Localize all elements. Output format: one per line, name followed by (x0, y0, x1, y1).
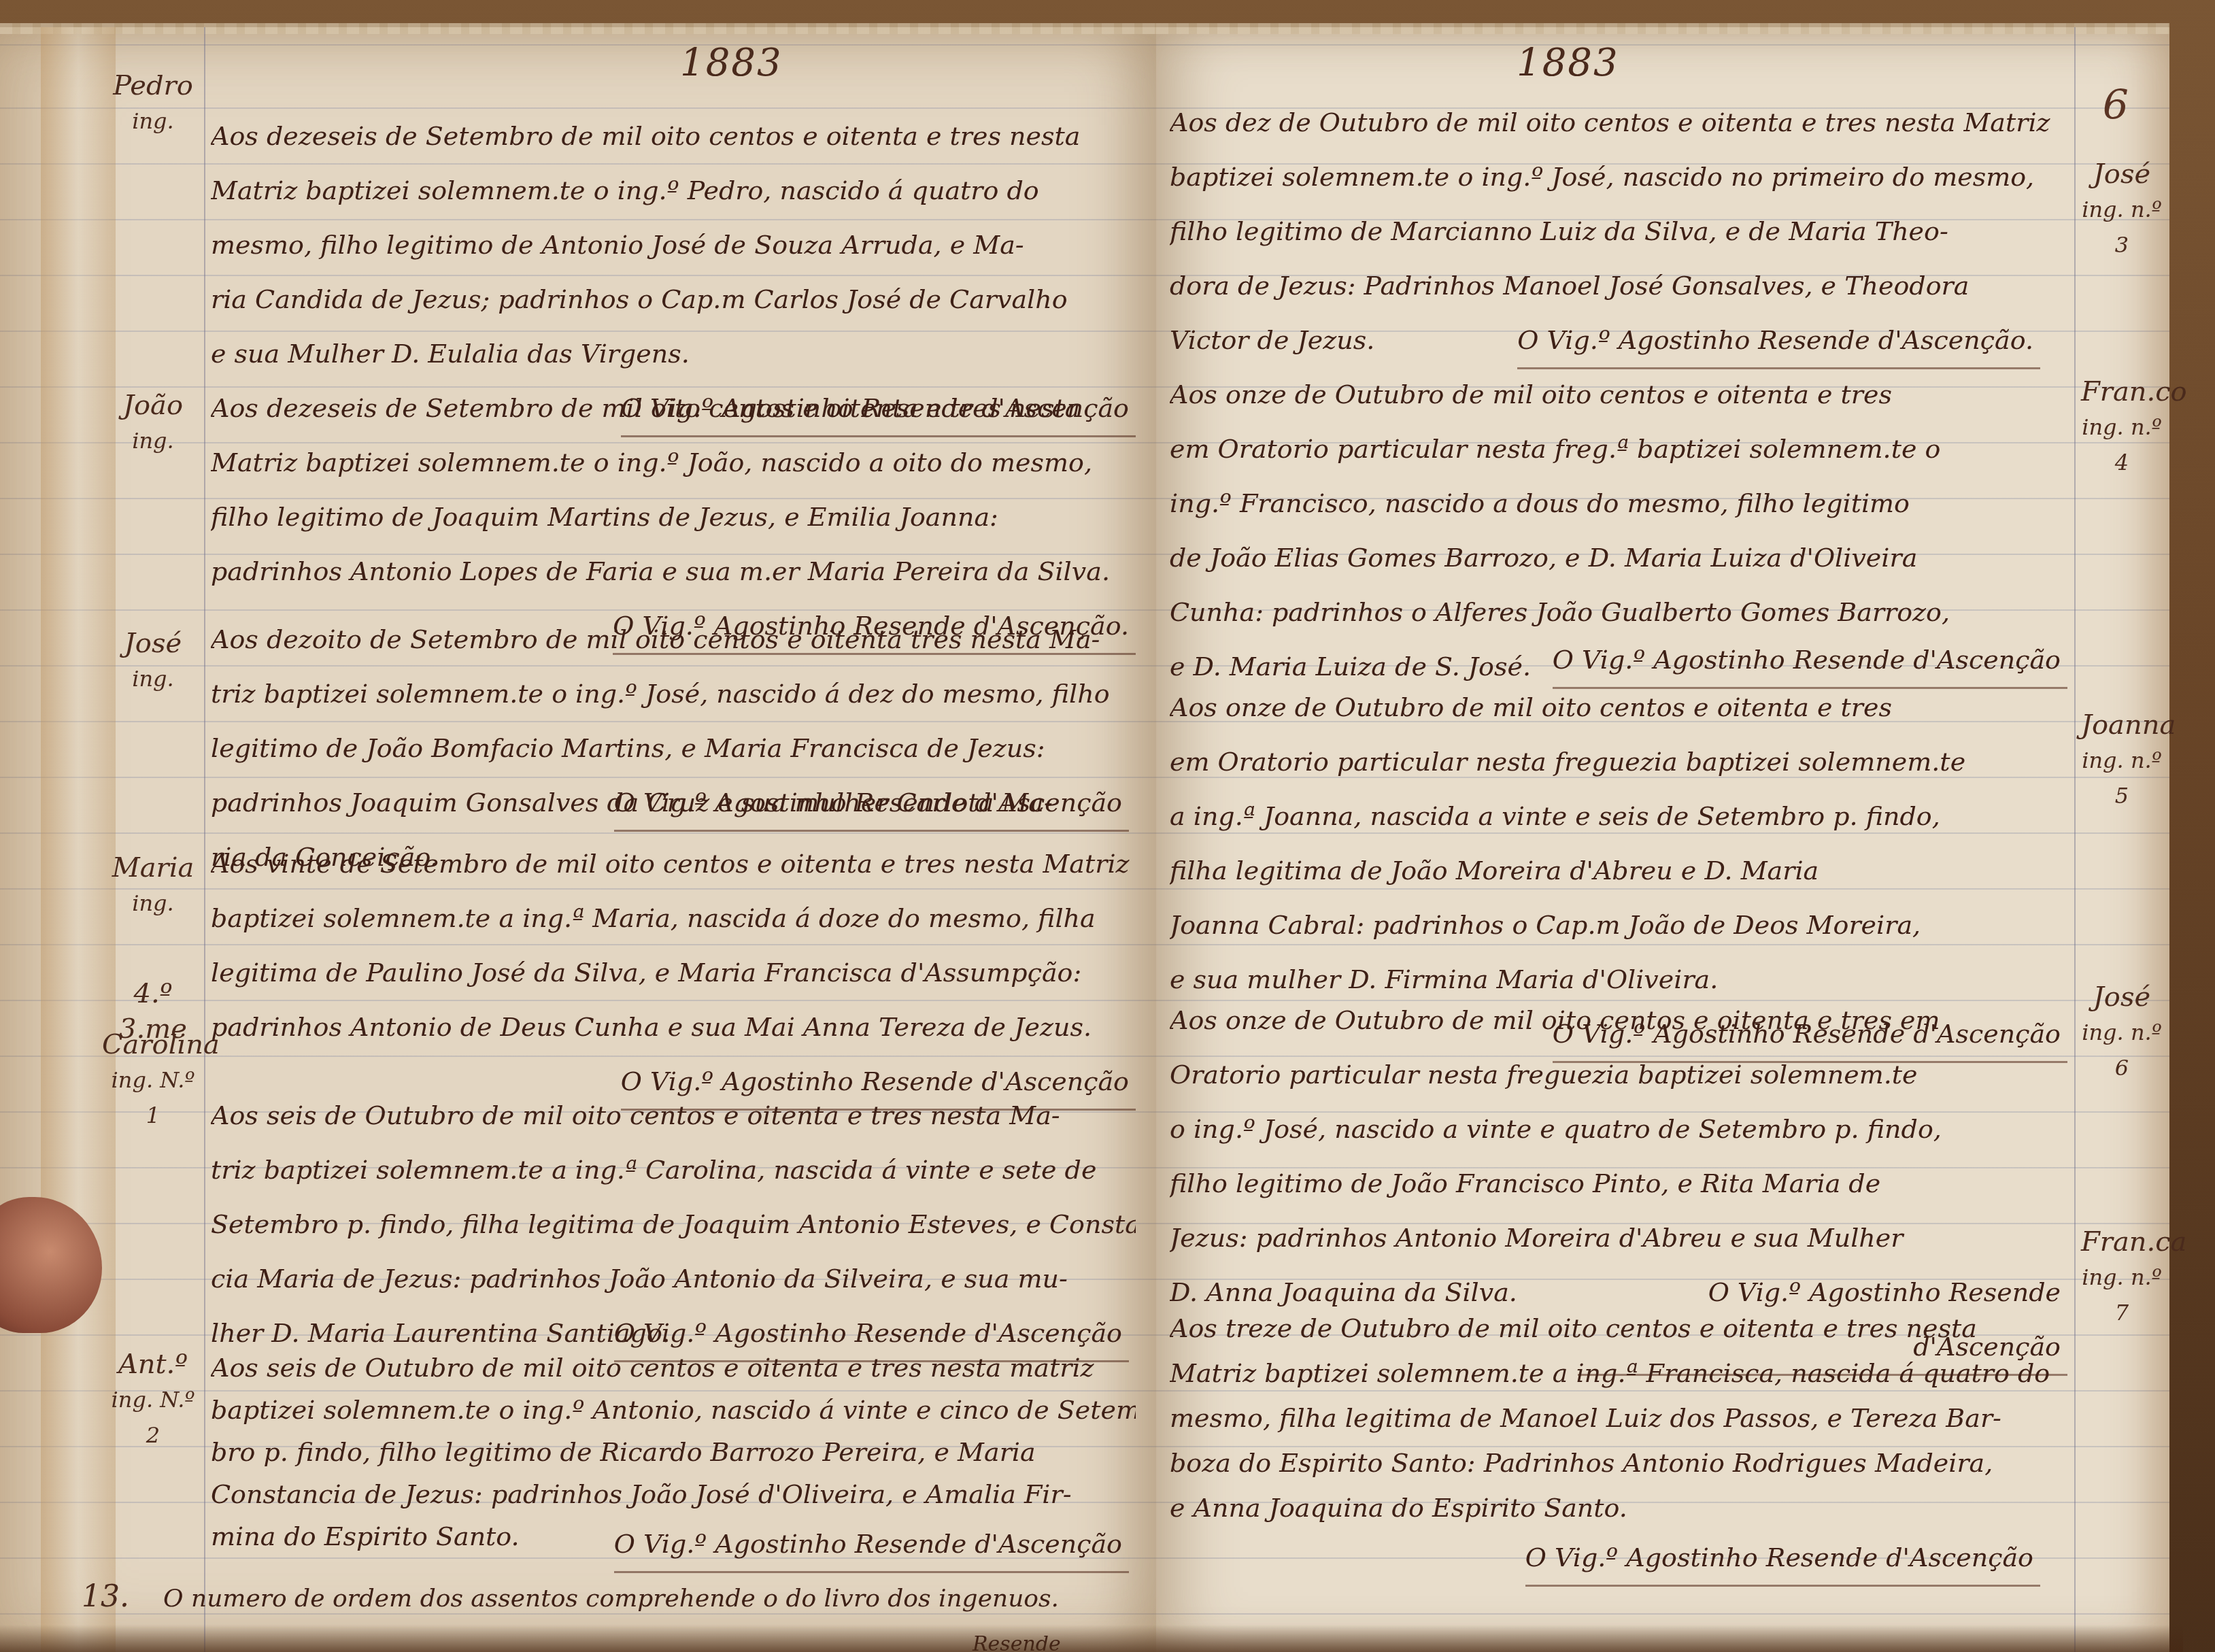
vicar-signature: O Vig.º Agostinho Resende d'Ascenção. (1517, 313, 2040, 369)
margin-note-sub: ing. n.º 3 (2081, 192, 2163, 263)
margin-note-sub: ing. (102, 886, 204, 921)
margin-note-sub: ing. n.º 5 (2081, 743, 2163, 813)
book-bottom-edge (0, 1625, 2183, 1652)
entry-line: legitima de Paulino José da Silva, e Mar… (211, 945, 1136, 1000)
entry-line: Aos onze de Outubro de mil oito centos e… (1170, 680, 2067, 735)
entry-line: e sua Mulher D. Eulalia das Virgens. (211, 326, 1136, 381)
torn-top-edge (1156, 23, 2169, 34)
margin-note: Ant.º ing. N.º 2 (102, 1347, 204, 1453)
margin-note-name: Fran.ca (2081, 1226, 2186, 1258)
entry-line: Aos dezoito de Setembro de mil oito cent… (211, 612, 1136, 667)
margin-rule (2074, 27, 2076, 1652)
entry-line: Matriz baptizei solemnem.te o ing.º João… (211, 435, 1136, 490)
entry-line: boza do Espirito Santo: Padrinhos Antoni… (1170, 1440, 2067, 1485)
left-page: 1883 Pedro ing. João ing. José ing. Mari… (0, 27, 1157, 1652)
entry-line: o ing.º José, nascido a vinte e quatro d… (1170, 1102, 2067, 1156)
margin-note: Fran.co ing. n.º 4 (2081, 374, 2163, 480)
vicar-signature: O Vig.º Agostinho Resende d'Ascenção (1525, 1530, 2040, 1587)
vicar-signature: O Vig.º Agostinho Resende d'Ascenção (614, 1517, 1129, 1573)
margin-note-name: José (2093, 981, 2150, 1013)
entry-line: mesmo, filha legitima de Manoel Luiz dos… (1170, 1396, 2067, 1440)
entry-line: Aos treze de Outubro de mil oito centos … (1170, 1306, 2067, 1351)
entry-line: cia Maria de Jezus: padrinhos João Anton… (211, 1251, 1136, 1306)
entry-line: Aos dezeseis de Setembro de mil oito cen… (211, 109, 1136, 163)
entry-line: padrinhos Antonio de Deus Cunha e sua Ma… (211, 1000, 1136, 1054)
footer-note: O numero de ordem dos assentos comprehen… (163, 1585, 1059, 1613)
entry-line: Constancia de Jezus: padrinhos João José… (211, 1473, 1136, 1515)
margin-note-name: João (123, 390, 183, 421)
margin-note: Maria ing. (102, 850, 204, 921)
margin-note-name: Carolina (102, 1029, 220, 1060)
margin-note-sub: ing. (102, 661, 204, 696)
margin-note: Carolina ing. N.º 1 (102, 1027, 204, 1133)
margin-note: Joanna ing. n.º 5 (2081, 707, 2163, 813)
entry-line: Setembro p. findo, filha legitima de Joa… (211, 1197, 1136, 1251)
entry-line: Aos vinte de Setembro de mil oito centos… (211, 837, 1136, 891)
open-register-book: 1883 Pedro ing. João ing. José ing. Mari… (0, 27, 2183, 1652)
entry-line: Matriz baptizei solemnem.te a ing.ª Fran… (1170, 1351, 2067, 1396)
margin-note: José ing. n.º 6 (2081, 979, 2163, 1085)
baptism-entry-signature-row: O Vig.º Agostinho Resende d'Ascenção (476, 775, 1129, 832)
entry-line: legitimo de João Bomfacio Martins, e Mar… (211, 721, 1136, 775)
margin-rule (204, 27, 205, 1652)
entry-line: Joanna Cabral: padrinhos o Cap.m João de… (1170, 898, 2067, 952)
entry-line: baptizei solemnem.te a ing.ª Maria, nasc… (211, 891, 1136, 945)
entry-line: em Oratorio particular nesta freguezia b… (1170, 735, 2067, 789)
entry-line: Aos onze de Outubro de mil oito centos e… (1170, 993, 2067, 1047)
entry-line: filho legitimo de Joaquim Martins de Jez… (211, 490, 1136, 544)
entry-line: e Anna Joaquina do Espirito Santo. (1170, 1485, 2067, 1530)
entry-line: ing.º Francisco, nascido a dous do mesmo… (1170, 476, 2067, 530)
margin-note: José ing. (102, 626, 204, 696)
entry-line: padrinhos Antonio Lopes de Faria e sua m… (211, 544, 1136, 599)
entry-line: a ing.ª Joanna, nascida a vinte e seis d… (1170, 789, 2067, 843)
margin-note-sub: ing. n.º 7 (2081, 1260, 2163, 1330)
margin-note: Fran.ca ing. n.º 7 (2081, 1224, 2163, 1330)
entry-line: Aos dezeseis de Setembro de mil oito cen… (211, 381, 1136, 435)
entry-line: dora de Jezus: Padrinhos Manoel José Gon… (1170, 258, 2067, 313)
footer-entry-count: 13. (82, 1579, 129, 1614)
margin-note-name: Pedro (113, 70, 193, 101)
page-year: 1883 (1517, 41, 1619, 85)
margin-note: João ing. (102, 388, 204, 458)
margin-note: Pedro ing. (102, 68, 204, 139)
margin-note-sub: ing. n.º 4 (2081, 409, 2163, 480)
entry-line: Oratorio particular nesta freguezia bapt… (1170, 1047, 2067, 1102)
baptism-entry-signature-row: O Vig.º Agostinho Resende d'Ascenção (476, 1517, 1129, 1573)
margin-note-sub: ing. N.º 1 (102, 1062, 204, 1133)
baptism-entry: Aos vinte de Setembro de mil oito centos… (211, 837, 1136, 1111)
entry-line: mesmo, filho legitimo de Antonio José de… (211, 218, 1136, 272)
margin-note-sub: ing. (102, 103, 204, 139)
margin-note-name: Joanna (2081, 709, 2176, 741)
entry-line: Matriz baptizei solemnem.te o ing.º Pedr… (211, 163, 1136, 218)
entry-line: Aos dez de Outubro de mil oito centos e … (1170, 95, 2067, 150)
entry-line: triz baptizei solemnem.te a ing.ª Caroli… (211, 1143, 1136, 1197)
entry-line: baptizei solemnem.te o ing.º Antonio, na… (211, 1389, 1136, 1431)
right-page: 1883 6 José ing. n.º 3 Fran.co ing. n.º … (1156, 27, 2169, 1652)
entry-line: Aos seis de Outubro de mil oito centos e… (211, 1088, 1136, 1143)
margin-note-name: Maria (112, 852, 195, 883)
entry-line: de João Elias Gomes Barrozo, e D. Maria … (1170, 530, 2067, 585)
margin-note-name: José (2093, 158, 2150, 190)
margin-note-name: José (124, 628, 182, 659)
page-number: 6 (2103, 82, 2129, 129)
margin-note-sub: ing. n.º 6 (2081, 1015, 2163, 1085)
baptism-entry: Aos treze de Outubro de mil oito centos … (1170, 1306, 2067, 1530)
entry-line: em Oratorio particular nesta freg.ª bapt… (1170, 422, 2067, 476)
entry-line: triz baptizei solemnem.te o ing.º José, … (211, 667, 1136, 721)
entry-line: filho legitimo de Marcianno Luiz da Silv… (1170, 204, 2067, 258)
baptism-entry-signature-row: O Vig.º Agostinho Resende d'Ascenção. (1415, 313, 2040, 369)
baptism-entry-signature-row: O Vig.º Agostinho Resende d'Ascenção (1442, 1530, 2040, 1587)
margin-note-name: Fran.co (2081, 376, 2187, 407)
margin-note-sub: ing. N.º 2 (102, 1382, 204, 1453)
margin-note: José ing. n.º 3 (2081, 156, 2163, 263)
entry-line: ria Candida de Jezus; padrinhos o Cap.m … (211, 272, 1136, 326)
vicar-signature: O Vig.º Agostinho Resende d'Ascenção (614, 775, 1129, 832)
entry-line: filha legitima de João Moreira d'Abreu e… (1170, 843, 2067, 898)
entry-line: baptizei solemnem.te o ing.º José, nasci… (1170, 150, 2067, 204)
entry-line: Cunha: padrinhos o Alferes João Gualbert… (1170, 585, 2067, 639)
page-year: 1883 (680, 41, 783, 85)
entry-line: Jezus: padrinhos Antonio Moreira d'Abreu… (1170, 1211, 2067, 1265)
torn-top-edge (0, 23, 1156, 34)
margin-note-name: Ant.º (118, 1349, 188, 1380)
margin-note-sub: ing. (102, 423, 204, 458)
entry-line: Aos onze de Outubro de mil oito centos e… (1170, 367, 2067, 422)
entry-line: Aos seis de Outubro de mil oito centos e… (211, 1347, 1136, 1389)
entry-line: filho legitimo de João Francisco Pinto, … (1170, 1156, 2067, 1211)
entry-line: bro p. findo, filho legitimo de Ricardo … (211, 1431, 1136, 1473)
